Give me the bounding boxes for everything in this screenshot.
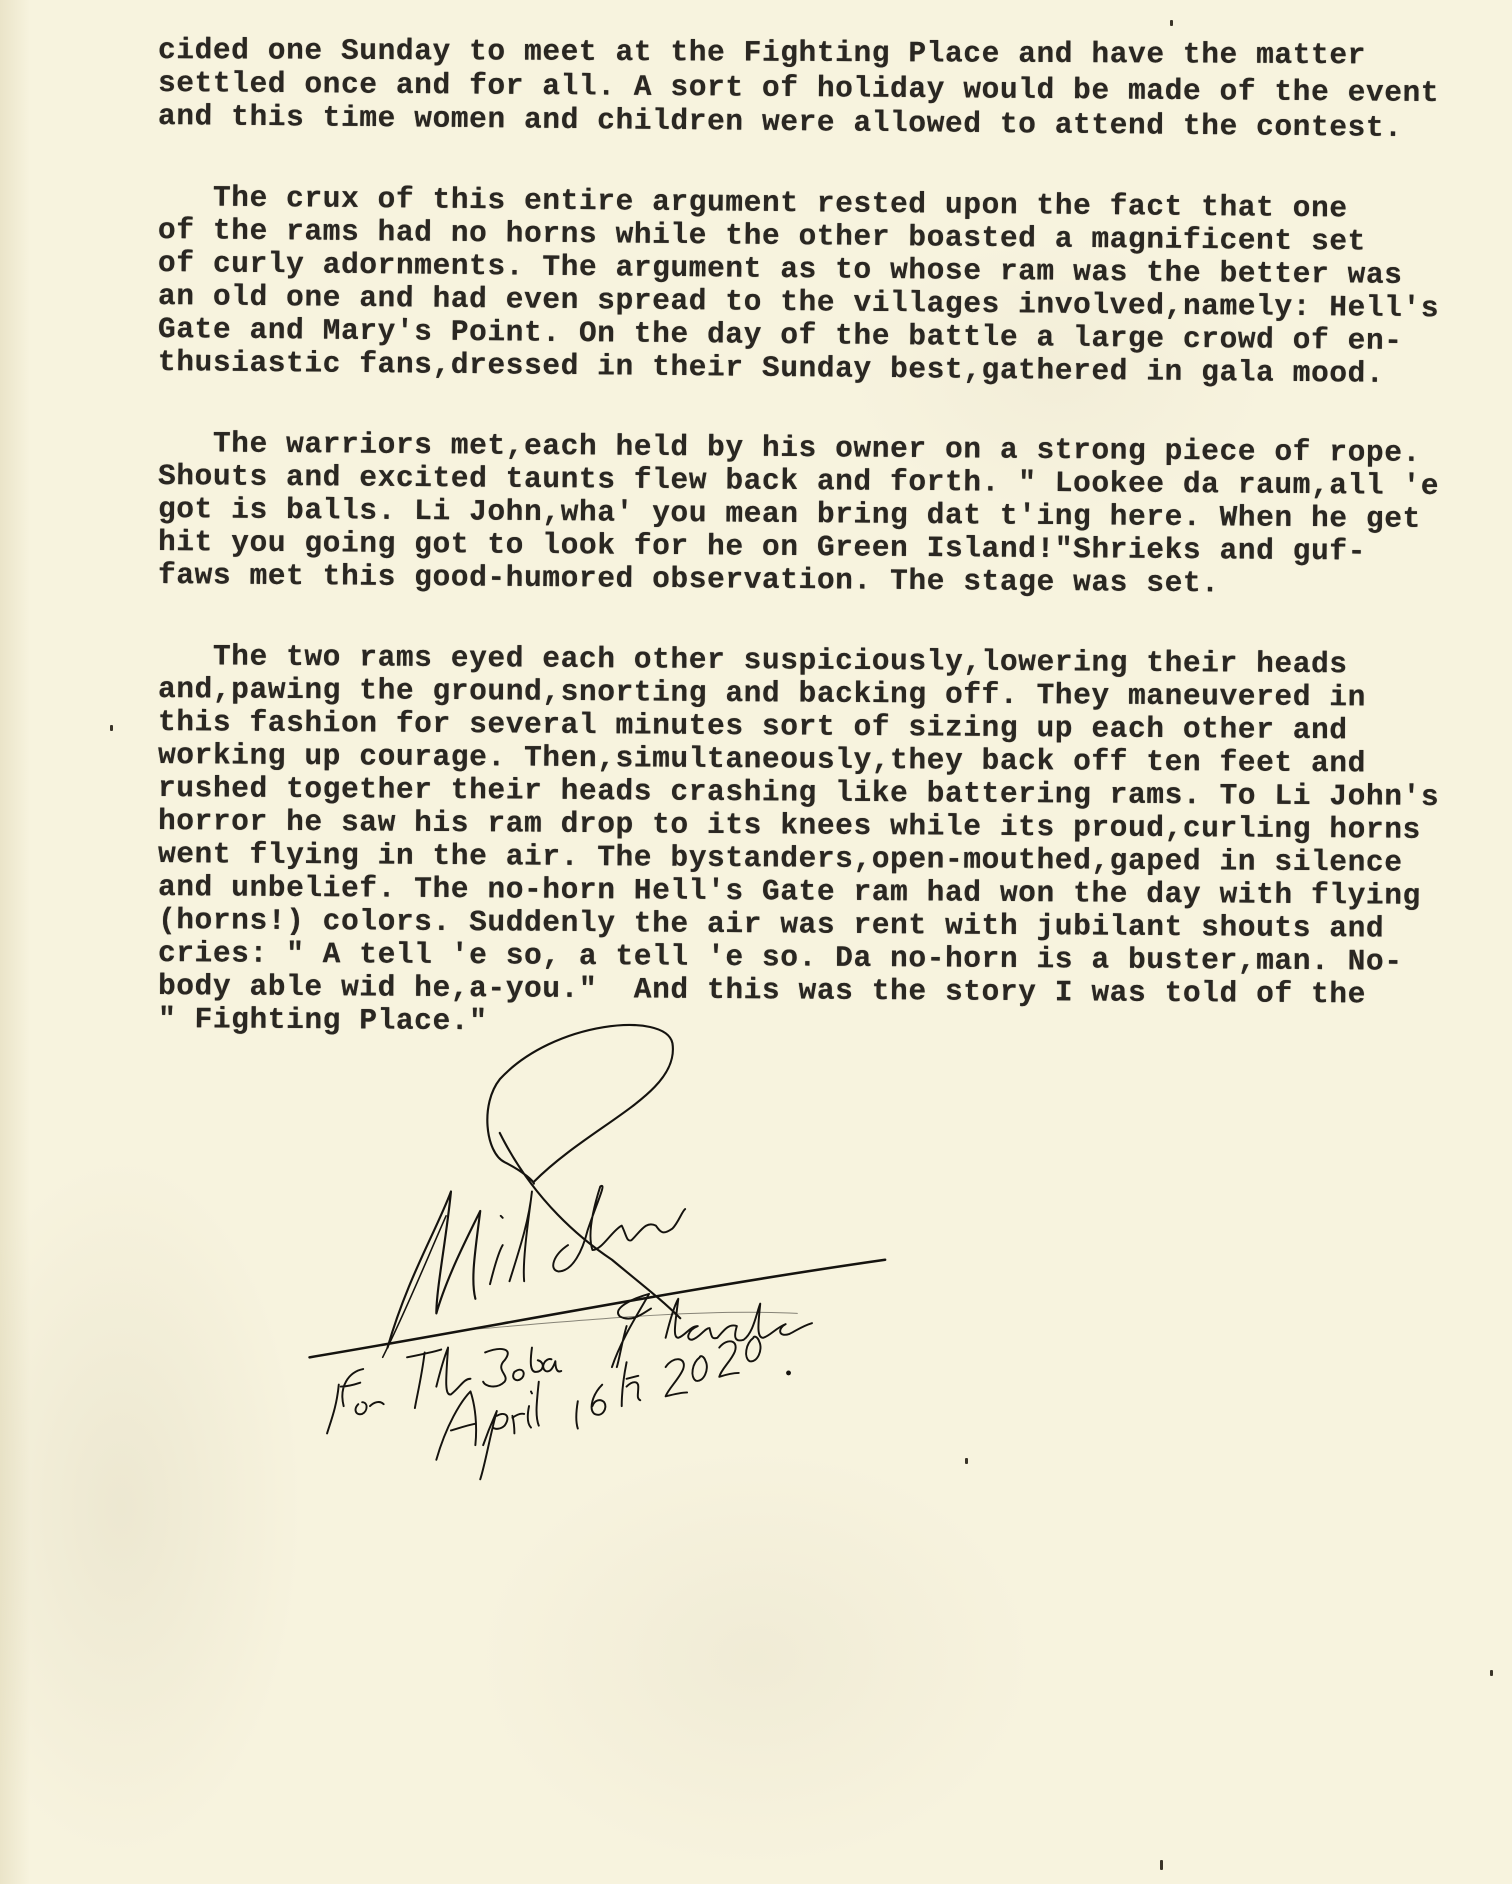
paper-speck (1160, 1860, 1163, 1870)
paper-speck (110, 725, 113, 731)
paper-speck (1490, 1670, 1493, 1676)
paragraph-4: The two rams eyed each other suspiciousl… (158, 640, 1498, 1036)
paragraph-2: The crux of this entire argument rested … (158, 181, 1498, 379)
handwritten-signature: Will Johnson (290, 1010, 1090, 1490)
paragraph-3: The warriors met,each held by his owner … (158, 427, 1498, 592)
typed-letter-body: cided one Sunday to meet at the Fighting… (158, 34, 1498, 1084)
signature-drawing: Will Johnson (290, 1010, 1090, 1490)
paper-speck (1170, 20, 1173, 26)
paper-speck (965, 1458, 968, 1464)
paragraph-1: cided one Sunday to meet at the Fighting… (158, 34, 1498, 133)
